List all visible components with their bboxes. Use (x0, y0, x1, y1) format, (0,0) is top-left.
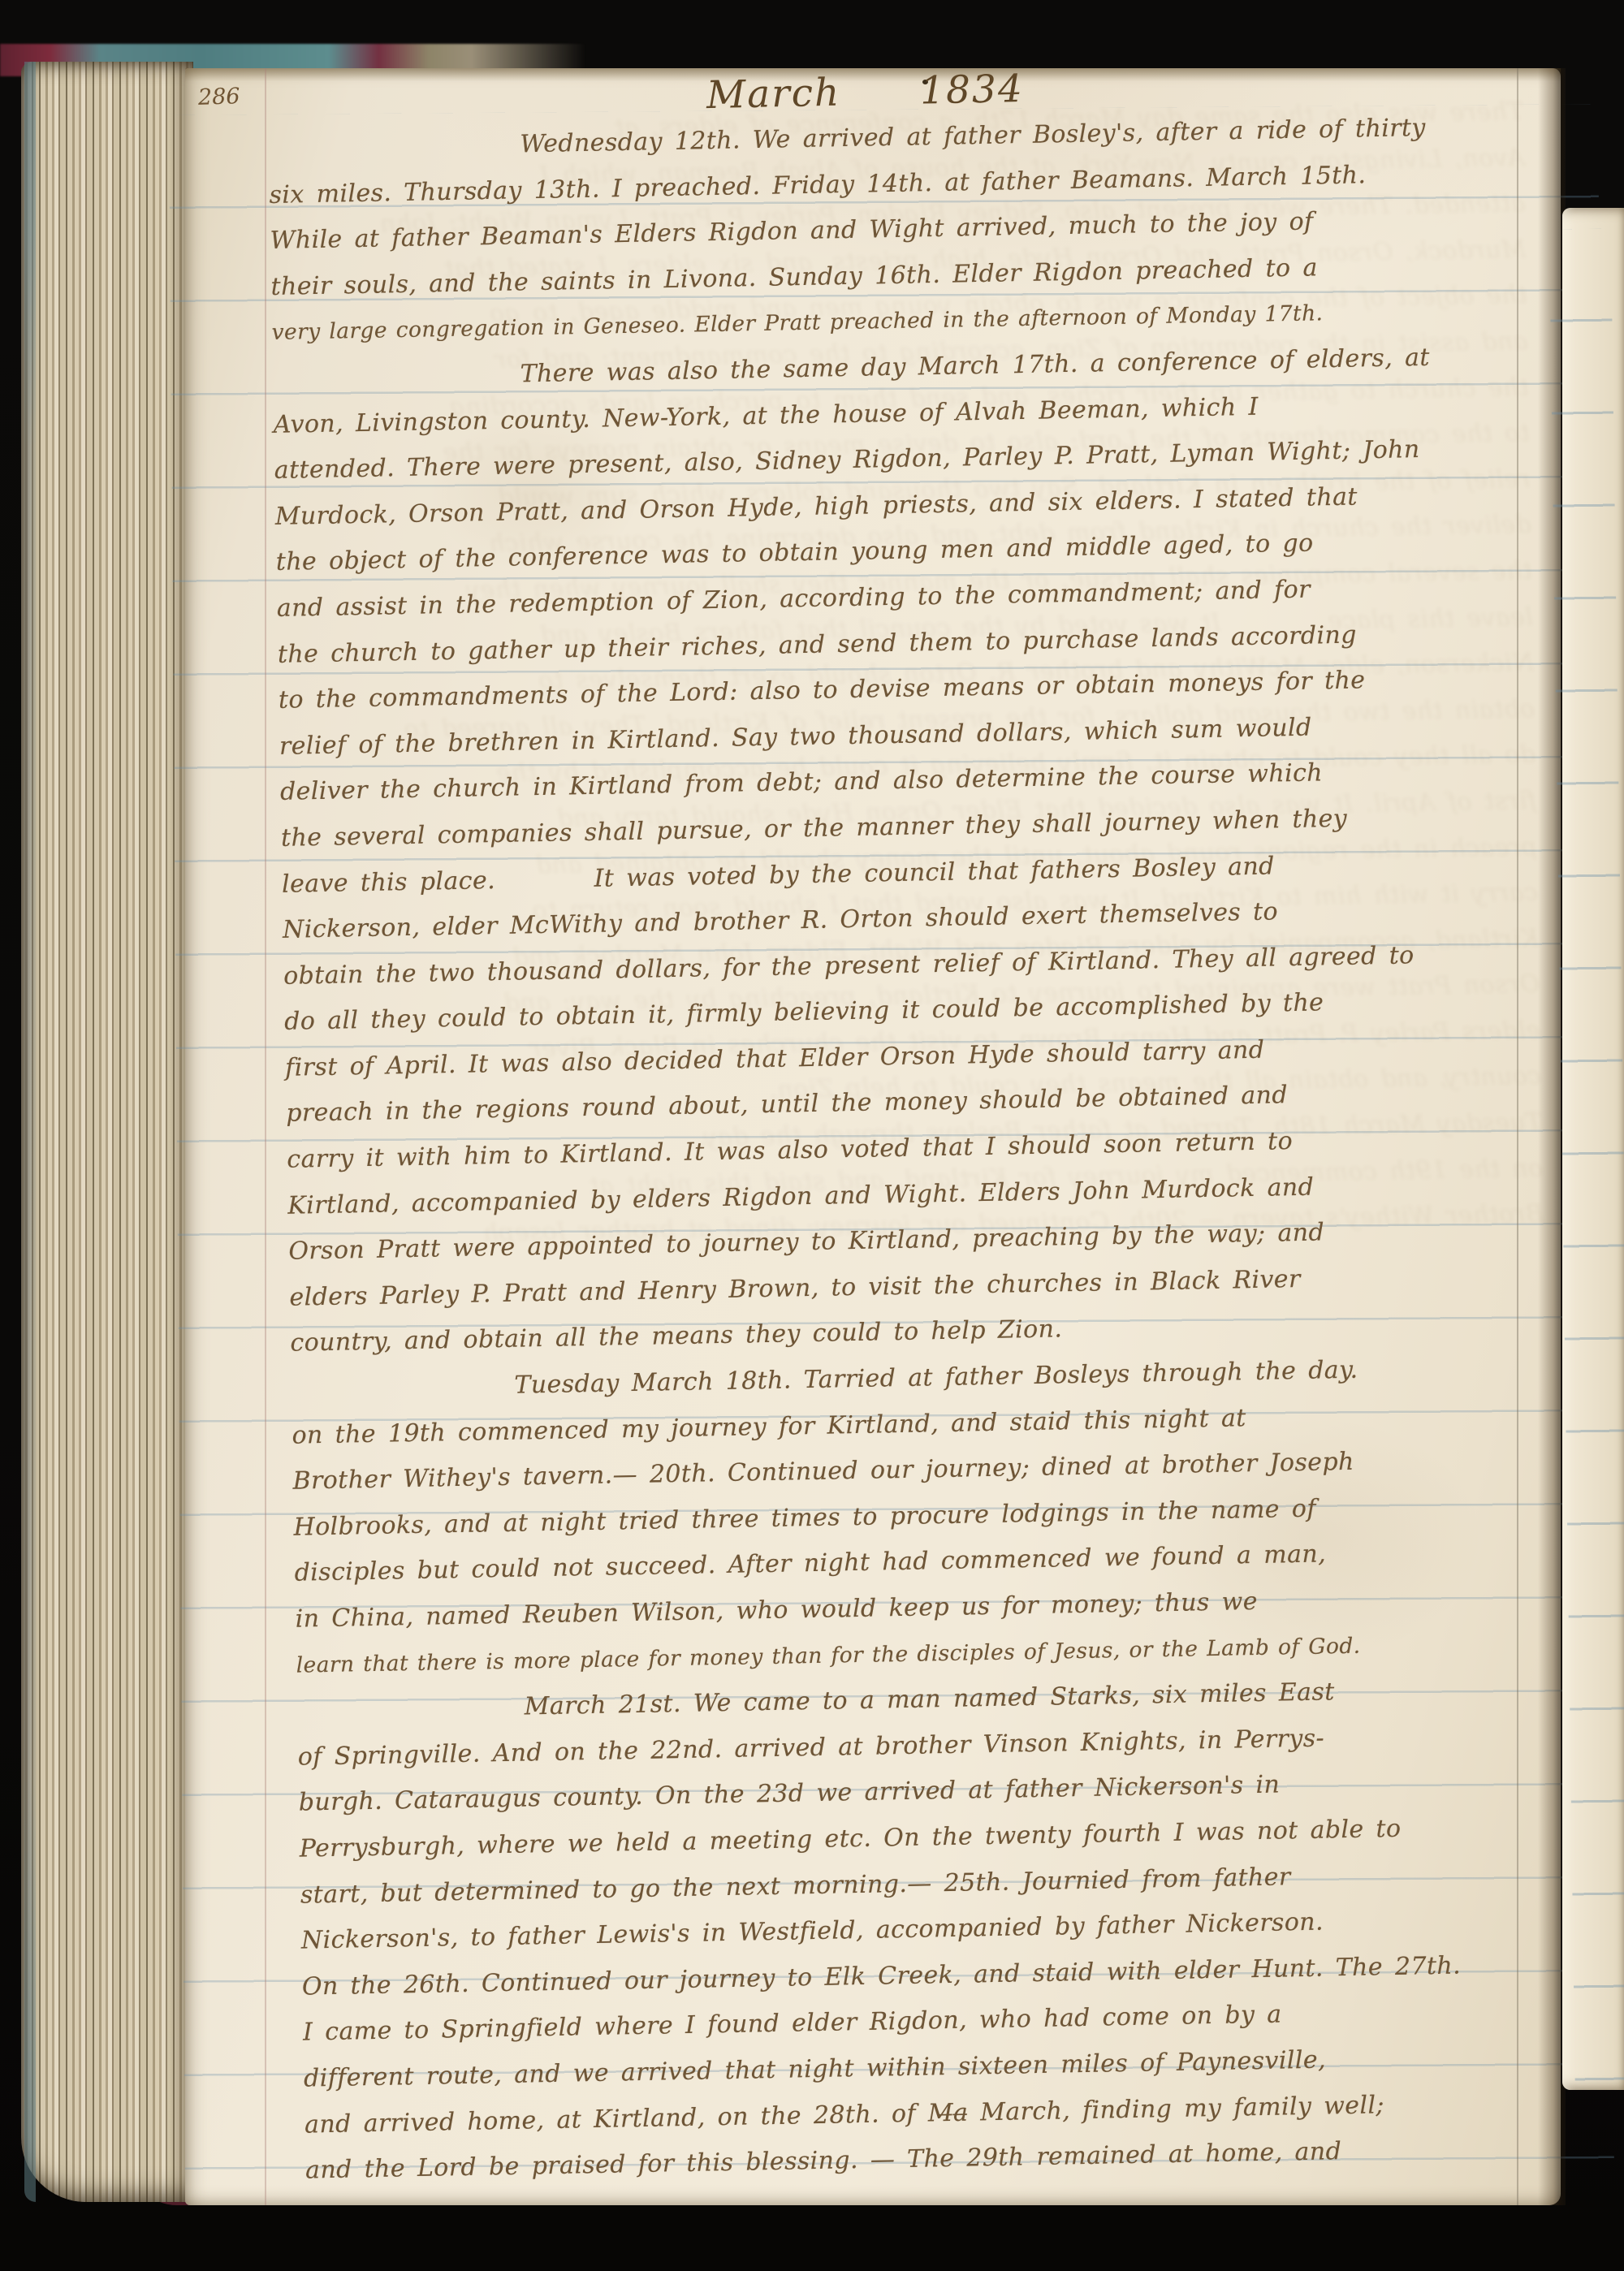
photograph-of-open-journal: 286 March 1834 There was also the same d… (0, 0, 1624, 2271)
journal-page: 286 March 1834 There was also the same d… (185, 68, 1561, 2205)
book-page-edges (21, 62, 193, 2202)
handwritten-entry: Wednesday 12th. We arrived at father Bos… (268, 104, 1566, 2195)
page-number: 286 (197, 84, 240, 110)
page-header-month-year: March 1834 (706, 67, 1024, 118)
left-margin-line (265, 68, 266, 2205)
next-page-sliver (1562, 208, 1624, 2090)
page-edge-tint (24, 62, 36, 2202)
